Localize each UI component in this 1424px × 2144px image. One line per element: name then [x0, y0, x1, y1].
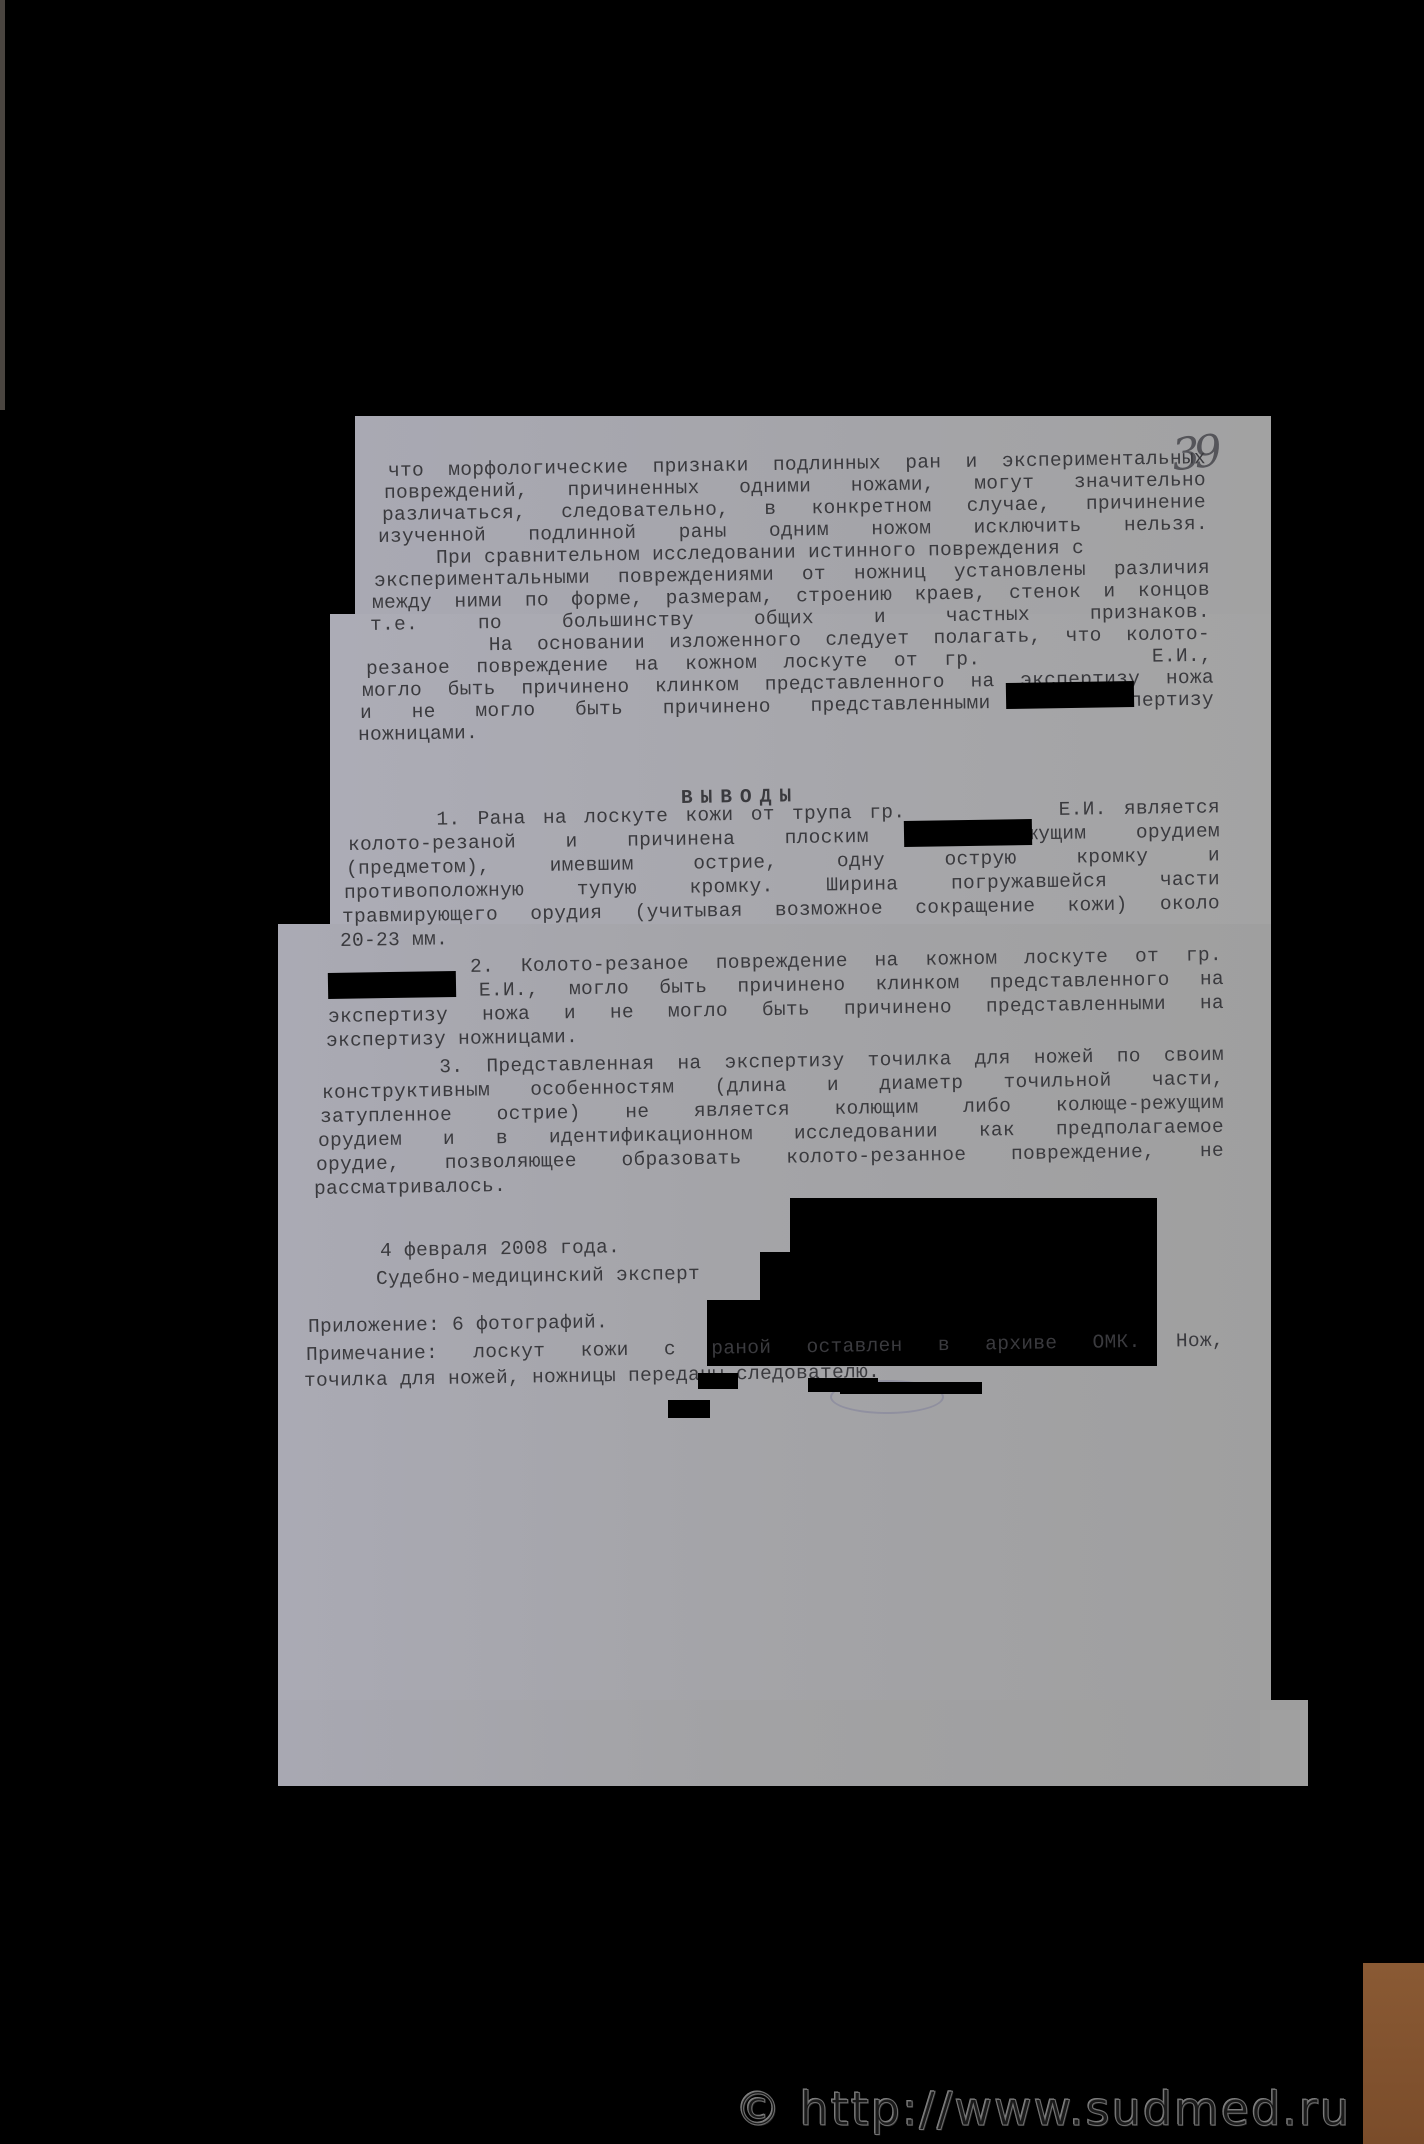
- background-object: [1363, 1963, 1424, 2144]
- document-date: 4 февраля 2008 года.: [380, 1236, 620, 1262]
- appendix-line: Приложение: 6 фотографий.: [308, 1311, 608, 1338]
- conclusion-line: 20-23 мм.: [340, 928, 460, 952]
- redaction-box: [668, 1400, 710, 1418]
- body-line: ножницами.: [358, 721, 558, 746]
- conclusion-line: экспертизу ножницами.: [326, 1027, 546, 1052]
- redaction-box: [840, 1382, 982, 1394]
- redaction-box: [904, 819, 1032, 847]
- document-page: 39 что морфологические признаки подлинны…: [0, 0, 1424, 2144]
- site-watermark: © http://www.sudmed.ru: [735, 2082, 1351, 2136]
- signature-redaction: [760, 1252, 800, 1302]
- redaction-box: [328, 971, 456, 999]
- conclusion-line: рассматривалось.: [314, 1175, 534, 1200]
- redaction-box: [698, 1373, 738, 1389]
- redaction-box: [1006, 681, 1134, 709]
- signature-label: Судебно-медицинский эксперт: [376, 1263, 700, 1290]
- note-line: точилка для ножей, ножницы переданы след…: [304, 1361, 880, 1392]
